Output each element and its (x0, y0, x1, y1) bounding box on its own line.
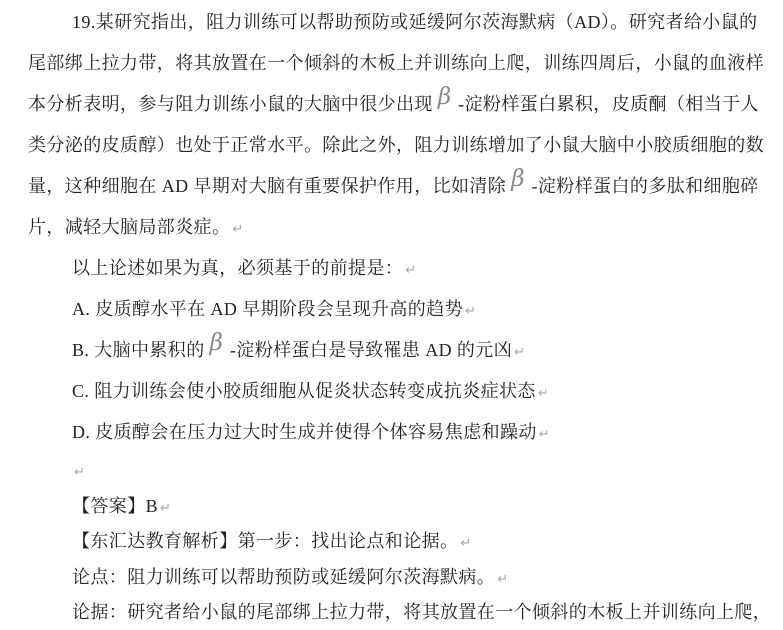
line-text: 片，减轻大脑局部炎症。 (28, 217, 230, 237)
line-text: 类分泌的皮质醇）也处于正常水平。除此之外，阻力训练增加了小鼠大脑中小胶质细胞的数 (28, 135, 764, 155)
line-text: -淀粉样蛋白是导致罹患 AD 的元凶 (230, 340, 512, 360)
text-line: ↵ (28, 453, 759, 489)
text-line: 【东汇达教育解析】第一步：找出论点和论据。↵ (28, 524, 759, 560)
line-text: 论点：阻力训练可以帮助预防或延缓阿尔茨海默病。 (72, 567, 495, 587)
paragraph-mark-icon: ↵ (497, 572, 508, 587)
paragraph-mark-icon: ↵ (74, 465, 85, 480)
text-line: 量，这种细胞在 AD 早期对大脑有重要保护作用，比如清除β-淀粉样蛋白的多肽和细… (28, 166, 759, 207)
line-text: A. 皮质醇水平在 AD 早期阶段会呈现升高的趋势 (72, 299, 463, 319)
line-text: 【东汇达教育解析】第一步：找出论点和论据。 (72, 531, 458, 551)
line-text: 本分析表明，参与阻力训练小鼠的大脑中很少出现 (28, 94, 433, 114)
text-line: C. 阻力训练会使小胶质细胞从促炎状态转变成抗炎症状态↵ (28, 371, 759, 412)
line-text: 量，这种细胞在 AD 早期对大脑有重要保护作用，比如清除 (28, 176, 506, 196)
text-line: 尾部绑上拉力带，将其放置在一个倾斜的木板上并训练向上爬，训练四周后，小鼠的血液样 (28, 43, 759, 84)
text-line: A. 皮质醇水平在 AD 早期阶段会呈现升高的趋势↵ (28, 289, 759, 330)
line-text: 【答案】B (72, 496, 158, 516)
paragraph-mark-icon: ↵ (514, 345, 525, 360)
line-text: B. 大脑中累积的 (72, 340, 205, 360)
line-text: 以上论述如果为真，必须基于的前提是： (72, 258, 403, 278)
line-text: C. 阻力训练会使小胶质细胞从促炎状态转变成抗炎症状态 (72, 381, 536, 401)
beta-symbol: β (511, 168, 524, 191)
beta-symbol: β (438, 86, 451, 109)
line-text: 19.某研究指出，阻力训练可以帮助预防或延缓阿尔茨海默病（AD）。研究者给小鼠的 (72, 12, 758, 32)
paragraph-mark-icon: ↵ (539, 427, 550, 442)
line-text: 论据：研究者给小鼠的尾部绑上拉力带，将其放置在一个倾斜的木板上并训练向上爬， (72, 602, 771, 622)
text-line: 论据：研究者给小鼠的尾部绑上拉力带，将其放置在一个倾斜的木板上并训练向上爬， (28, 595, 759, 630)
paragraph-mark-icon: ↵ (232, 222, 243, 237)
paragraph-mark-icon: ↵ (405, 263, 416, 278)
document-page: 19.某研究指出，阻力训练可以帮助预防或延缓阿尔茨海默病（AD）。研究者给小鼠的… (0, 0, 783, 630)
text-line: B. 大脑中累积的β-淀粉样蛋白是导致罹患 AD 的元凶↵ (28, 330, 759, 371)
question-block: 19.某研究指出，阻力训练可以帮助预防或延缓阿尔茨海默病（AD）。研究者给小鼠的… (28, 2, 759, 453)
text-line: 论点：阻力训练可以帮助预防或延缓阿尔茨海默病。↵ (28, 560, 759, 596)
text-line: 19.某研究指出，阻力训练可以帮助预防或延缓阿尔茨海默病（AD）。研究者给小鼠的 (28, 2, 759, 43)
text-line: 以上论述如果为真，必须基于的前提是：↵ (28, 248, 759, 289)
line-text: -淀粉样蛋白累积，皮质酮（相当于人 (458, 94, 759, 114)
line-text: D. 皮质醇会在压力过大时生成并使得个体容易焦虑和躁动 (72, 422, 537, 442)
paragraph-mark-icon: ↵ (460, 536, 471, 551)
text-line: 本分析表明，参与阻力训练小鼠的大脑中很少出现β-淀粉样蛋白累积，皮质酮（相当于人 (28, 84, 759, 125)
text-line: 片，减轻大脑局部炎症。↵ (28, 207, 759, 248)
text-line: D. 皮质醇会在压力过大时生成并使得个体容易焦虑和躁动↵ (28, 412, 759, 453)
explanation-block: ↵【答案】B↵【东汇达教育解析】第一步：找出论点和论据。↵论点：阻力训练可以帮助… (28, 453, 759, 630)
text-line: 类分泌的皮质醇）也处于正常水平。除此之外，阻力训练增加了小鼠大脑中小胶质细胞的数 (28, 125, 759, 166)
beta-symbol: β (210, 332, 223, 355)
line-text: 尾部绑上拉力带，将其放置在一个倾斜的木板上并训练向上爬，训练四周后，小鼠的血液样 (28, 53, 764, 73)
paragraph-mark-icon: ↵ (538, 386, 549, 401)
paragraph-mark-icon: ↵ (465, 304, 476, 319)
text-line: 【答案】B↵ (28, 489, 759, 525)
line-text: -淀粉样蛋白的多肽和细胞碎 (532, 176, 759, 196)
paragraph-mark-icon: ↵ (160, 501, 171, 516)
